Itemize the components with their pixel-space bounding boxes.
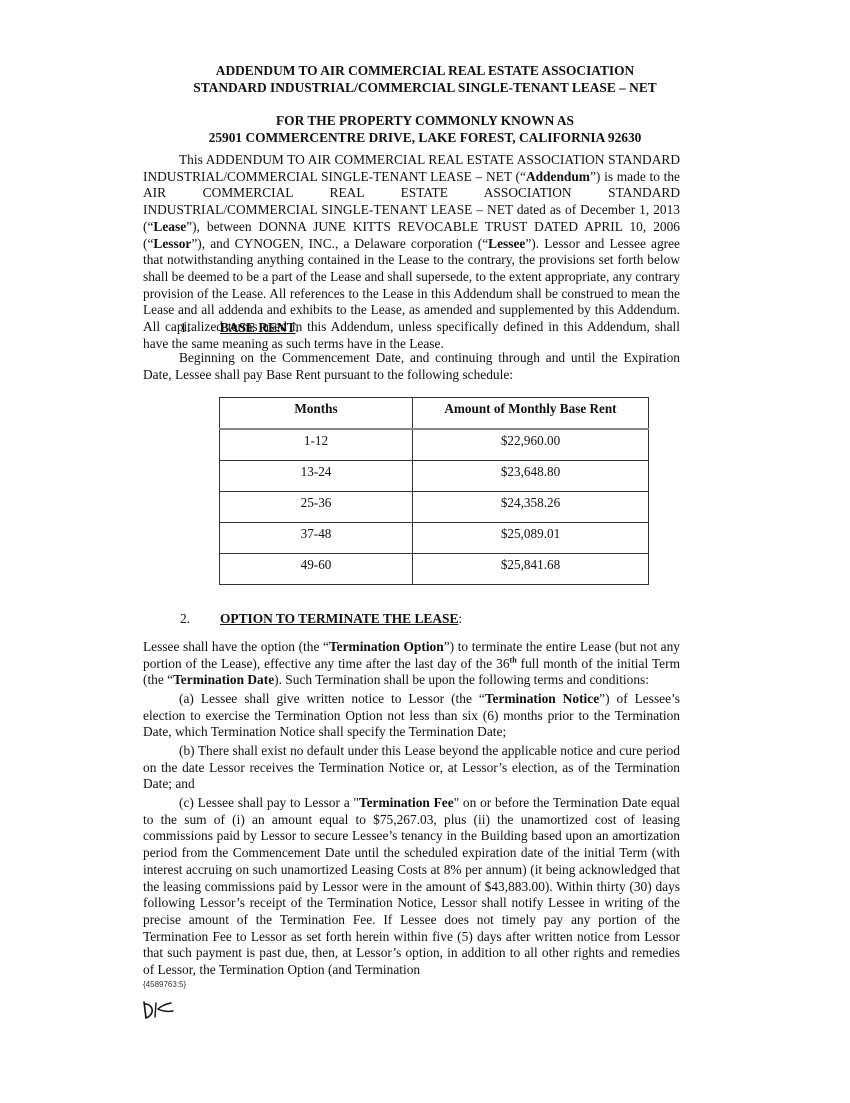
property-line-1: FOR THE PROPERTY COMMONLY KNOWN AS [118, 113, 732, 130]
table-row: 25-36$24,358.26 [220, 492, 649, 523]
months-cell: 13-24 [220, 461, 413, 492]
section-2-heading: 2.OPTION TO TERMINATE THE LEASE: [180, 611, 462, 628]
months-cell: 37-48 [220, 523, 413, 554]
rent-amount-cell: $23,648.80 [413, 461, 649, 492]
defined-term-termination-fee: Termination Fee [359, 795, 454, 810]
rent-amount-cell: $25,841.68 [413, 554, 649, 585]
table-header-row: Months Amount of Monthly Base Rent [220, 398, 649, 430]
column-header-months: Months [220, 398, 413, 430]
base-rent-table: Months Amount of Monthly Base Rent 1-12$… [219, 397, 649, 585]
ordinal-suffix: th [510, 655, 517, 664]
defined-term-lessee: Lessee [488, 236, 525, 251]
property-heading: FOR THE PROPERTY COMMONLY KNOWN AS 25901… [118, 113, 732, 146]
column-header-rent: Amount of Monthly Base Rent [413, 398, 649, 430]
defined-term-lease: Lease [153, 219, 186, 234]
body-text: (c) Lessee shall pay to Lessor a " [179, 795, 359, 810]
defined-term-lessor: Lessor [153, 236, 191, 251]
section-number: 2. [180, 611, 220, 628]
table-row: 49-60$25,841.68 [220, 554, 649, 585]
title-line-1: ADDENDUM TO AIR COMMERCIAL REAL ESTATE A… [118, 63, 732, 80]
condition-a: (a) Lessee shall give written notice to … [143, 691, 680, 741]
months-cell: 1-12 [220, 429, 413, 461]
property-line-2: 25901 COMMERCENTRE DRIVE, LAKE FOREST, C… [118, 130, 732, 147]
table-row: 13-24$23,648.80 [220, 461, 649, 492]
body-text: (a) Lessee shall give written notice to … [179, 691, 485, 706]
section-1-body: Beginning on the Commencement Date, and … [143, 350, 680, 383]
table-row: 37-48$25,089.01 [220, 523, 649, 554]
rent-amount-cell: $24,358.26 [413, 492, 649, 523]
condition-b: (b) There shall exist no default under t… [143, 743, 680, 793]
heading-punctuation: . [296, 320, 299, 335]
months-cell: 25-36 [220, 492, 413, 523]
defined-term-termination-date: Termination Date [173, 672, 274, 687]
section-1-heading: 1.BASE RENT. [180, 320, 299, 337]
body-text: Lessee shall have the option (the “ [143, 639, 329, 654]
rent-amount-cell: $22,960.00 [413, 429, 649, 461]
document-title: ADDENDUM TO AIR COMMERCIAL REAL ESTATE A… [118, 63, 732, 96]
intro-text: ”), and CYNOGEN, INC., a Delaware corpor… [191, 236, 488, 251]
months-cell: 49-60 [220, 554, 413, 585]
document-page: ADDENDUM TO AIR COMMERCIAL REAL ESTATE A… [0, 0, 850, 1103]
section-number: 1. [180, 320, 220, 337]
defined-term-addendum: Addendum [526, 169, 590, 184]
heading-punctuation: : [458, 611, 462, 626]
body-text: " on or before the Termination Date equa… [143, 795, 680, 977]
section-title: OPTION TO TERMINATE THE LEASE [220, 611, 458, 626]
defined-term-termination-option: Termination Option [329, 639, 444, 654]
defined-term-termination-notice: Termination Notice [485, 691, 599, 706]
body-text: ). Such Termination shall be upon the fo… [274, 672, 649, 687]
rent-amount-cell: $25,089.01 [413, 523, 649, 554]
document-id: {4589763:5} [143, 977, 186, 994]
section-title: BASE RENT [220, 320, 296, 335]
condition-c: (c) Lessee shall pay to Lessor a "Termin… [143, 795, 680, 979]
title-line-2: STANDARD INDUSTRIAL/COMMERCIAL SINGLE-TE… [118, 80, 732, 97]
section-2-body: Lessee shall have the option (the “Termi… [143, 639, 680, 689]
handwritten-initials-signature [140, 998, 180, 1022]
table-row: 1-12$22,960.00 [220, 429, 649, 461]
